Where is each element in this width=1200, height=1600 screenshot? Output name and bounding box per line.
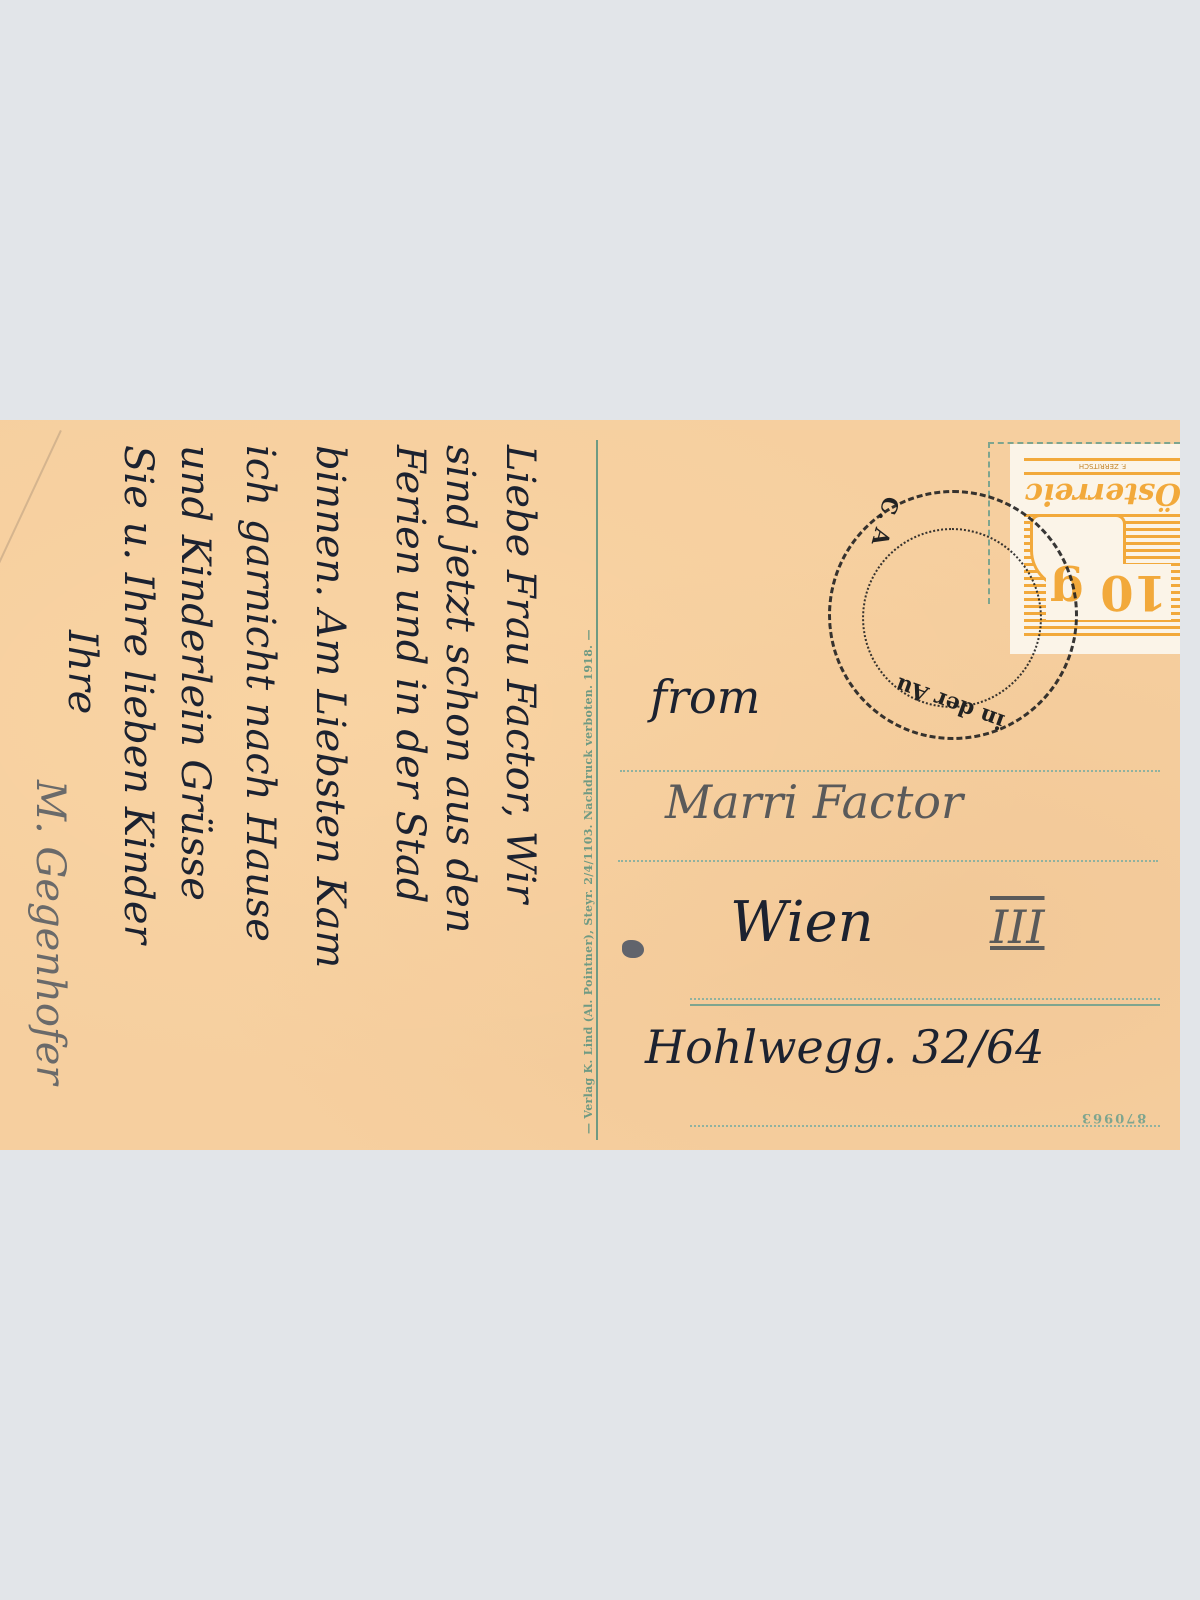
message-closing: Ihre <box>62 630 102 714</box>
message-line-6: und Kinderlein Grüsse <box>175 445 215 901</box>
address-from: from <box>650 670 760 724</box>
address-rule-3-solid <box>690 1004 1160 1006</box>
address-street: Hohlwegg. 32/64 <box>645 1020 1044 1074</box>
message-line-1: Liebe Frau Factor, Wir <box>500 445 540 903</box>
message-line-5: ich garnicht nach Hause <box>240 445 280 942</box>
paper-crease <box>0 430 62 757</box>
postcard: Liebe Frau Factor, Wir sind jetzt schon … <box>0 420 1180 1150</box>
address-name: Marri Factor <box>665 775 963 829</box>
serial-number: 870963 <box>1080 1110 1146 1125</box>
message-line-3: Ferien und in der Stad <box>390 445 430 903</box>
message-signature: M. Gegenhofer <box>30 780 70 1085</box>
message-line-2: sind jetzt schon aus den <box>440 445 480 934</box>
message-line-4: binnen. Am Liebsten Kam <box>310 445 350 968</box>
stamp-artist: F. ZERRITSCH <box>1024 462 1180 470</box>
publisher-imprint: — Verlag K. Lind (Al. Pointner), Steyr. … <box>582 444 612 1134</box>
address-rule-1 <box>620 770 1160 772</box>
address-rule-3 <box>690 998 1160 1000</box>
address-rule-2 <box>618 860 1158 862</box>
address-district: III <box>990 900 1045 954</box>
address-city: Wien <box>730 890 874 955</box>
address-rule-4 <box>690 1125 1160 1127</box>
stamp-country: Österreich <box>1024 476 1180 511</box>
message-line-7: Sie u. Ihre lieben Kinder <box>118 445 158 944</box>
ink-blot <box>622 940 644 958</box>
